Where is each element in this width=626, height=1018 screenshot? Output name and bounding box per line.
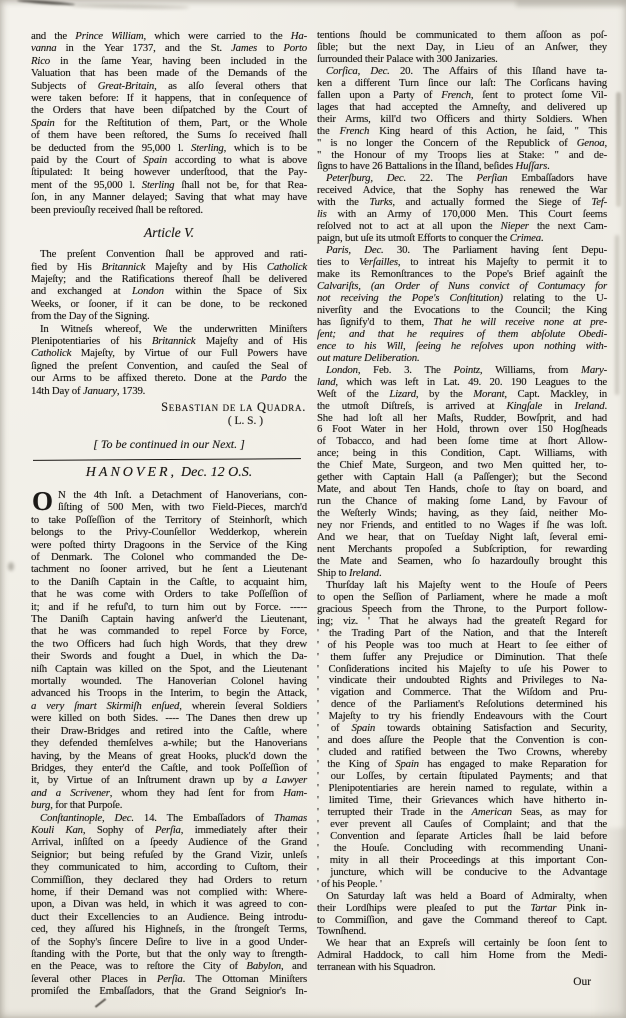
- text-line: niſh Captain was killed on the Spot, and…: [31, 663, 307, 675]
- text-line: ' of his People. ': [317, 879, 607, 891]
- text-line: were killed on both Sides. ---- The Dane…: [31, 712, 307, 724]
- text-line: Catholick Majeſty, by Virtue of our Full…: [31, 347, 307, 359]
- text-line: our Arms to be affixed thereto. Done at …: [31, 372, 307, 384]
- text-line: of Denmark. The Colonel who commanded th…: [31, 551, 307, 563]
- text-line: vanna in the Year 1737, and the St. Jame…: [31, 42, 307, 54]
- paragraph: On Saturday laſt was held a Board of Adm…: [317, 891, 607, 939]
- text-line: the two Officers had ſuch high Words, th…: [31, 638, 307, 650]
- text-line: having, by the Means of great Hooks, plu…: [31, 750, 307, 762]
- text-line: duct their Excellencies to an Audience. …: [31, 911, 307, 923]
- newspaper-page: and the Prince William, which were carri…: [0, 0, 626, 1018]
- scan-streak-right-upper: [616, 92, 621, 207]
- text-line: Seignior; but being refuſed by the Grand…: [31, 849, 307, 861]
- paragraph: tentions ſhould be communicated to them …: [317, 30, 607, 66]
- text-line: the French King heard of this Action, he…: [317, 126, 607, 138]
- text-line: Kouli Kan, Sophy of Perſia, immediately …: [31, 824, 307, 836]
- text-line: were taken before: If it happens, that i…: [31, 92, 307, 104]
- dateline-date: Dec. 12 O.S.: [181, 465, 252, 480]
- signature-text: Sebastian de la Quadra.: [31, 400, 307, 415]
- text-line: their Draw-Bridges and retired into the …: [31, 725, 307, 737]
- text-line: fied by His Britannick Majeſty and by Hi…: [31, 261, 307, 273]
- text-line: the Orders that have been diſpatched by …: [31, 104, 307, 116]
- scan-speck-left-margin: [8, 562, 14, 571]
- text-line: Rico in the ſame Year, having been inclu…: [31, 55, 307, 67]
- text-line: were poſted thirty Dragoons in the Servi…: [31, 539, 307, 551]
- text-line: The Daniſh Captain having anſwer'd the L…: [31, 613, 307, 625]
- paragraph: Conſtantinople, Dec. 14. The Embaſſadors…: [31, 812, 307, 998]
- text-line: Weeks, or ſooner, if it can be done, to …: [31, 298, 307, 310]
- text-line: advanced his Troops in the Interim, to b…: [31, 687, 307, 699]
- text-line: burg, for that Purpoſe.: [31, 799, 307, 811]
- text-line: ſtanding with the Porte, but that the on…: [31, 948, 307, 960]
- text-line: fallen upon a Party of French, ſent to p…: [317, 90, 607, 102]
- paragraph: The preſent Convention ſhall be approved…: [31, 248, 307, 322]
- text-line: lages that had accepted the Amneſty, and…: [317, 102, 607, 114]
- text-line: it; and if he refuſ'd, to turn him out b…: [31, 601, 307, 613]
- text-line: ' mity in all their Proceedings at this …: [317, 855, 607, 867]
- scan-scratch-top-left: [17, 0, 75, 6]
- text-line: Arrival, inſiſted on a ſpeedy Audience o…: [31, 836, 307, 848]
- text-line: and a Scrivener, whom they had ſent for …: [31, 787, 307, 799]
- text-line: " is no longer the Concern of the Republ…: [317, 138, 607, 150]
- text-line: ſon, in any Manner delayed; Saving that …: [31, 191, 307, 203]
- text-line: to take Poſſeſſion of the Territory of S…: [31, 514, 307, 526]
- text-line: ' them ſuffer any Prejudice or Diminutio…: [317, 652, 607, 664]
- text-line: ' juncture, which will be conducive to t…: [317, 867, 607, 879]
- text-line: ing; viz. ' That he always had the great…: [317, 616, 607, 628]
- text-line: ment of the 95,000 l. Sterling ſhall not…: [31, 179, 307, 191]
- text-line: Valuation that has been made of the Dema…: [31, 67, 307, 79]
- text-line: and exchanged at London within the Space…: [31, 285, 307, 297]
- text-line: In Witneſs whereof, We the underwritten …: [31, 323, 307, 335]
- text-line: ſigned the preſent Convention, and cauſe…: [31, 360, 307, 372]
- text-line: their Swords and fought a Duel, in which…: [31, 650, 307, 662]
- text-line: to the Daniſh Captain in the Caſtle, to …: [31, 576, 307, 588]
- text-line: Spain for the Reſtitution of them, Part,…: [31, 117, 307, 129]
- seal-text: ( L. S. ): [31, 415, 307, 427]
- text-line: Commiſſion, they declared they had Order…: [31, 874, 307, 886]
- paragraph: Peterſburg, Dec. 22. The Perſian Embaſſa…: [317, 173, 607, 245]
- text-line: ſiſting of 500 Men, with two Field-Piece…: [31, 501, 307, 513]
- catchword-text: Our: [317, 976, 607, 988]
- paragraph: In Witneſs whereof, We the underwritten …: [31, 323, 307, 397]
- text-line: a very ſmart Skirmiſh enſued, wherein ſe…: [31, 700, 307, 712]
- text-line: Bridges, they enter'd the Caſtle, and to…: [31, 762, 307, 774]
- text-line: mortally wounded. The Hanoverian Colonel…: [31, 675, 307, 687]
- text-line: London, Feb. 3. The Pointz, Williams, fr…: [317, 365, 607, 377]
- text-line: that he was commanded to repel Force by …: [31, 625, 307, 637]
- text-line: Plenipotentiaries of his Britannick Maje…: [31, 335, 307, 347]
- paragraph: Corſica, Dec. 20. The Affairs of this Iſ…: [317, 66, 607, 174]
- text-line: that he was come with Orders to take Poſ…: [31, 588, 307, 600]
- text-line: Conſtantinople, Dec. 14. The Embaſſadors…: [31, 812, 307, 824]
- text-line: their Lordſhips were pleaſed to put the …: [317, 903, 607, 915]
- text-line: tachment no ſooner arrived, but he ſent …: [31, 563, 307, 575]
- text-line: upon, a Divan was held, in which it was …: [31, 898, 307, 910]
- text-line: Majeſty; and the Ratifications thereof ſ…: [31, 273, 307, 285]
- paragraph: Paris, Dec. 30. The Parliament having ſe…: [317, 245, 607, 365]
- text-line: it, by Virtue of an Inſtrument drawn up …: [31, 774, 307, 786]
- text-line: Thurſday laſt his Majeſty went to the Ho…: [317, 580, 607, 592]
- text-line: en the Peace, was to reſtore the City of…: [31, 960, 307, 972]
- scan-streak-right-mid: [615, 235, 619, 395]
- heading-text: Article V.: [31, 225, 307, 241]
- text-line: ſeveral other Places in Perſia. The Otto…: [31, 973, 307, 985]
- text-line: the utmoſt Diſtreſs, is arrived at Kingſ…: [317, 401, 607, 413]
- text-line: ' the Houſe. Concluding with recommendin…: [317, 843, 607, 855]
- paragraph: Thurſday laſt his Majeſty went to the Ho…: [317, 580, 607, 891]
- scan-shade-top-right: [516, 0, 626, 7]
- text-line: gracious Speech from the Throne, to the …: [317, 604, 607, 616]
- text-line: N the 4th Inſt. a Detachment of Hanoveri…: [31, 489, 307, 501]
- text-line: be deducted from the 95,000 l. Sterling,…: [31, 142, 307, 154]
- text-line: of them have been reſtored, the Sums ſo …: [31, 129, 307, 141]
- paragraph: London, Feb. 3. The Pointz, Williams, fr…: [317, 365, 607, 580]
- text-line: Weſt of the Lizard, by the Morant, Capt.…: [317, 389, 607, 401]
- paragraph: ON the 4th Inſt. a Detachment of Hanover…: [31, 489, 307, 812]
- text-line: paid by the Court of Spain according to …: [31, 154, 307, 166]
- text-line: ' of his People was too much at Heart to…: [317, 640, 607, 652]
- text-line: home, if their Demand was not complied w…: [31, 886, 307, 898]
- text-line: ced, they aſſured his Highneſs, in the ſ…: [31, 923, 307, 935]
- text-line: 14th Day of January, 1739.: [31, 385, 307, 397]
- paragraph: We hear that an Expreſs will certainly b…: [317, 938, 607, 974]
- text-line: land, which was left in Lat. 49. 20. 190…: [317, 377, 607, 389]
- dateline-heading: HANOVER,Dec. 12 O.S.: [31, 465, 307, 481]
- section-divider-rule: [33, 458, 301, 461]
- text-line: Subjects of Great-Britain, as alſo ſever…: [31, 80, 307, 92]
- text-line: to open the Seſſion of Parliament, where…: [317, 592, 607, 604]
- text-line: terranean with his Squadron.: [317, 962, 607, 974]
- text-line: promiſed the Embaſſadors, that the Grand…: [31, 985, 307, 997]
- continued-text: [ To be continued in our Next. ]: [31, 437, 307, 452]
- text-line: The preſent Convention ſhall be approved…: [31, 248, 307, 260]
- text-line: they defended themſelves a-while; but th…: [31, 737, 307, 749]
- left-column: and the Prince William, which were carri…: [31, 30, 307, 998]
- text-line: they communicated to him, according to C…: [31, 861, 307, 873]
- text-line: On Saturday laſt was held a Board of Adm…: [317, 891, 607, 903]
- drop-cap: O: [32, 489, 53, 514]
- dateline-city: HANOVER,: [86, 465, 177, 480]
- scan-scratch-top-left-faint: [70, 4, 190, 9]
- text-line: been previouſly received ſhall be reſtor…: [31, 204, 307, 216]
- right-column: tentions ſhould be communicated to them …: [317, 30, 607, 988]
- scan-speck-bottom: [95, 998, 106, 1008]
- text-line: of the Sophy's ſincere Deſire to live in…: [31, 936, 307, 948]
- text-line: and the Prince William, which were carri…: [31, 30, 307, 42]
- text-line: belongs to the Privy-Counſellor Wedderko…: [31, 526, 307, 538]
- text-line: ſtipulated: It being however underſtood,…: [31, 166, 307, 178]
- text-line: from the Day of the Signing.: [31, 310, 307, 322]
- paragraph: and the Prince William, which were carri…: [31, 30, 307, 216]
- text-line: ' the Trading Part of the Nation, and th…: [317, 628, 607, 640]
